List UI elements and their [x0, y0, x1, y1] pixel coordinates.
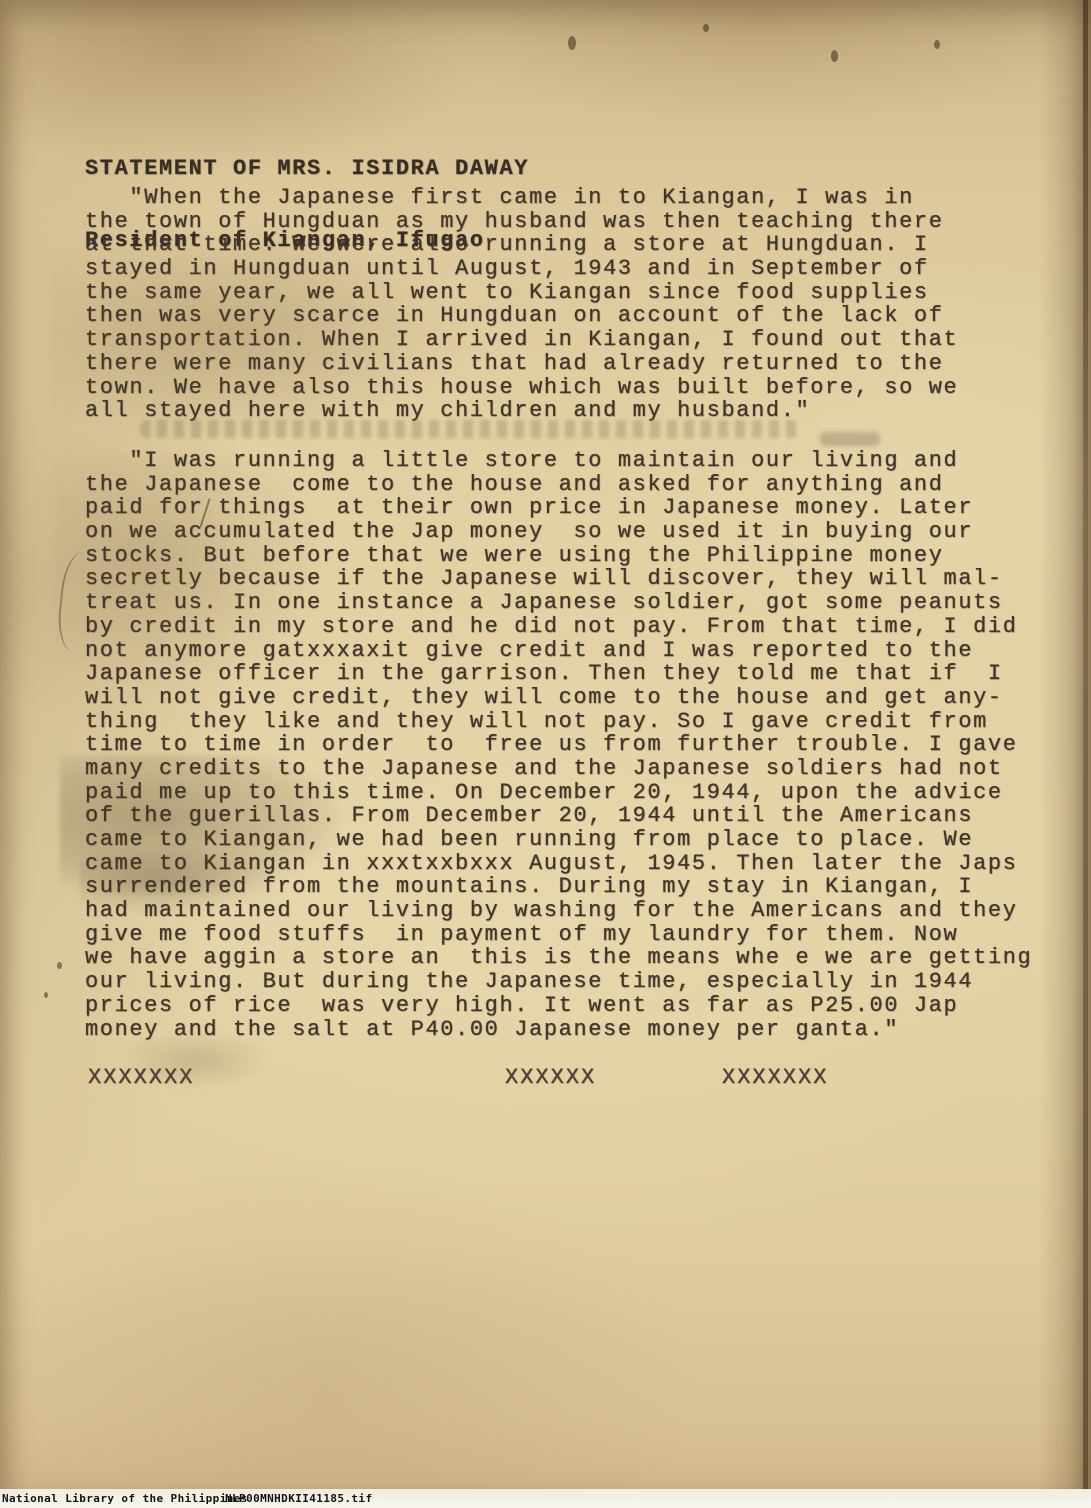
typewritten-line: Japanese officer in the garrison. Then t… — [85, 662, 1032, 686]
typewritten-line: secretly because if the Japanese will di… — [85, 567, 1032, 591]
typewritten-line: the same year, we all went to Kiangan si… — [85, 281, 958, 305]
typewritten-line: prices of rice was very high. It went as… — [85, 994, 1032, 1018]
ink-speck — [831, 50, 838, 62]
typewritten-line: all stayed here with my children and my … — [85, 399, 958, 423]
typewritten-line: transportation. When I arrived in Kianga… — [85, 328, 958, 352]
typewritten-line: not anymore gatxxxaxit give credit and I… — [85, 639, 1032, 663]
ink-speck — [934, 40, 940, 49]
typewritten-line: surrendered from the mountains. During m… — [85, 875, 1032, 899]
statement-paragraph-1: "When the Japanese first came in to Kian… — [85, 186, 958, 423]
ink-speck — [568, 36, 576, 50]
typewritten-line: stocks. But before that we were using th… — [85, 544, 1032, 568]
typewritten-line: the Japanese come to the house and asked… — [85, 473, 1032, 497]
statement-paragraph-2: "I was running a little store to maintai… — [85, 449, 1032, 1041]
typewritten-line: our living. But during the Japanese time… — [85, 970, 1032, 994]
typewritten-line: by credit in my store and he did not pay… — [85, 615, 1032, 639]
signature-x-marks-center: XXXXXX — [505, 1066, 596, 1090]
typewritten-line: came to Kiangan in xxxtxxbxxx August, 19… — [85, 852, 1032, 876]
typewritten-line: had maintained our living by washing for… — [85, 899, 1032, 923]
archive-filename-label: NLP00MNHDKII41185.tif — [225, 1492, 372, 1505]
archive-source-label: National Library of the Philippines — [2, 1492, 248, 1505]
document-title: STATEMENT OF MRS. ISIDRA DAWAY — [85, 157, 529, 181]
typewritten-line: then was very scarce in Hungduan on acco… — [85, 304, 958, 328]
typewritten-line: of the guerillas. From December 20, 1944… — [85, 804, 1032, 828]
typewritten-line: town. We have also this house which was … — [85, 376, 958, 400]
signature-x-marks-right: XXXXXXX — [722, 1066, 828, 1090]
typewritten-line: paid me up to this time. On December 20,… — [85, 781, 1032, 805]
typewritten-line: on we accumulated the Jap money so we us… — [85, 520, 1032, 544]
scanned-document-page: STATEMENT OF MRS. ISIDRA DAWAY Resident … — [0, 0, 1091, 1508]
signature-x-marks-left: XXXXXXX — [88, 1066, 194, 1090]
typewritten-line: we have aggin a store an this is the mea… — [85, 946, 1032, 970]
typewritten-line: the town of Hungduan as my husband was t… — [85, 210, 958, 234]
page-edge-line — [1083, 0, 1088, 1489]
typewritten-line: thing they like and they will not pay. S… — [85, 710, 1032, 734]
archive-footer-bar: National Library of the Philippines NLP0… — [0, 1489, 1091, 1508]
typewritten-line: time to time in order to free us from fu… — [85, 733, 1032, 757]
typewritten-line: give me food stuffs in payment of my lau… — [85, 923, 1032, 947]
ghost-text-smudge — [820, 432, 880, 446]
page-edge-shadow — [1039, 0, 1091, 1489]
ink-speck — [703, 24, 709, 32]
typewritten-line: at that time. We were also running a sto… — [85, 233, 958, 257]
typewritten-line: will not give credit, they will come to … — [85, 686, 1032, 710]
typewritten-line: paid for things at their own price in Ja… — [85, 496, 1032, 520]
typewritten-line: there were many civilians that had alrea… — [85, 352, 958, 376]
typewritten-line: came to Kiangan, we had been running fro… — [85, 828, 1032, 852]
typewritten-line: "When the Japanese first came in to Kian… — [85, 186, 958, 210]
typewritten-line: many credits to the Japanese and the Jap… — [85, 757, 1032, 781]
typewritten-line: "I was running a little store to maintai… — [85, 449, 1032, 473]
ink-speck — [44, 992, 48, 998]
ink-speck — [57, 962, 62, 969]
typewritten-line: money and the salt at P40.00 Japanese mo… — [85, 1018, 1032, 1042]
typewritten-line: stayed in Hungduan until August, 1943 an… — [85, 257, 958, 281]
typewritten-line: treat us. In one instance a Japanese sol… — [85, 591, 1032, 615]
